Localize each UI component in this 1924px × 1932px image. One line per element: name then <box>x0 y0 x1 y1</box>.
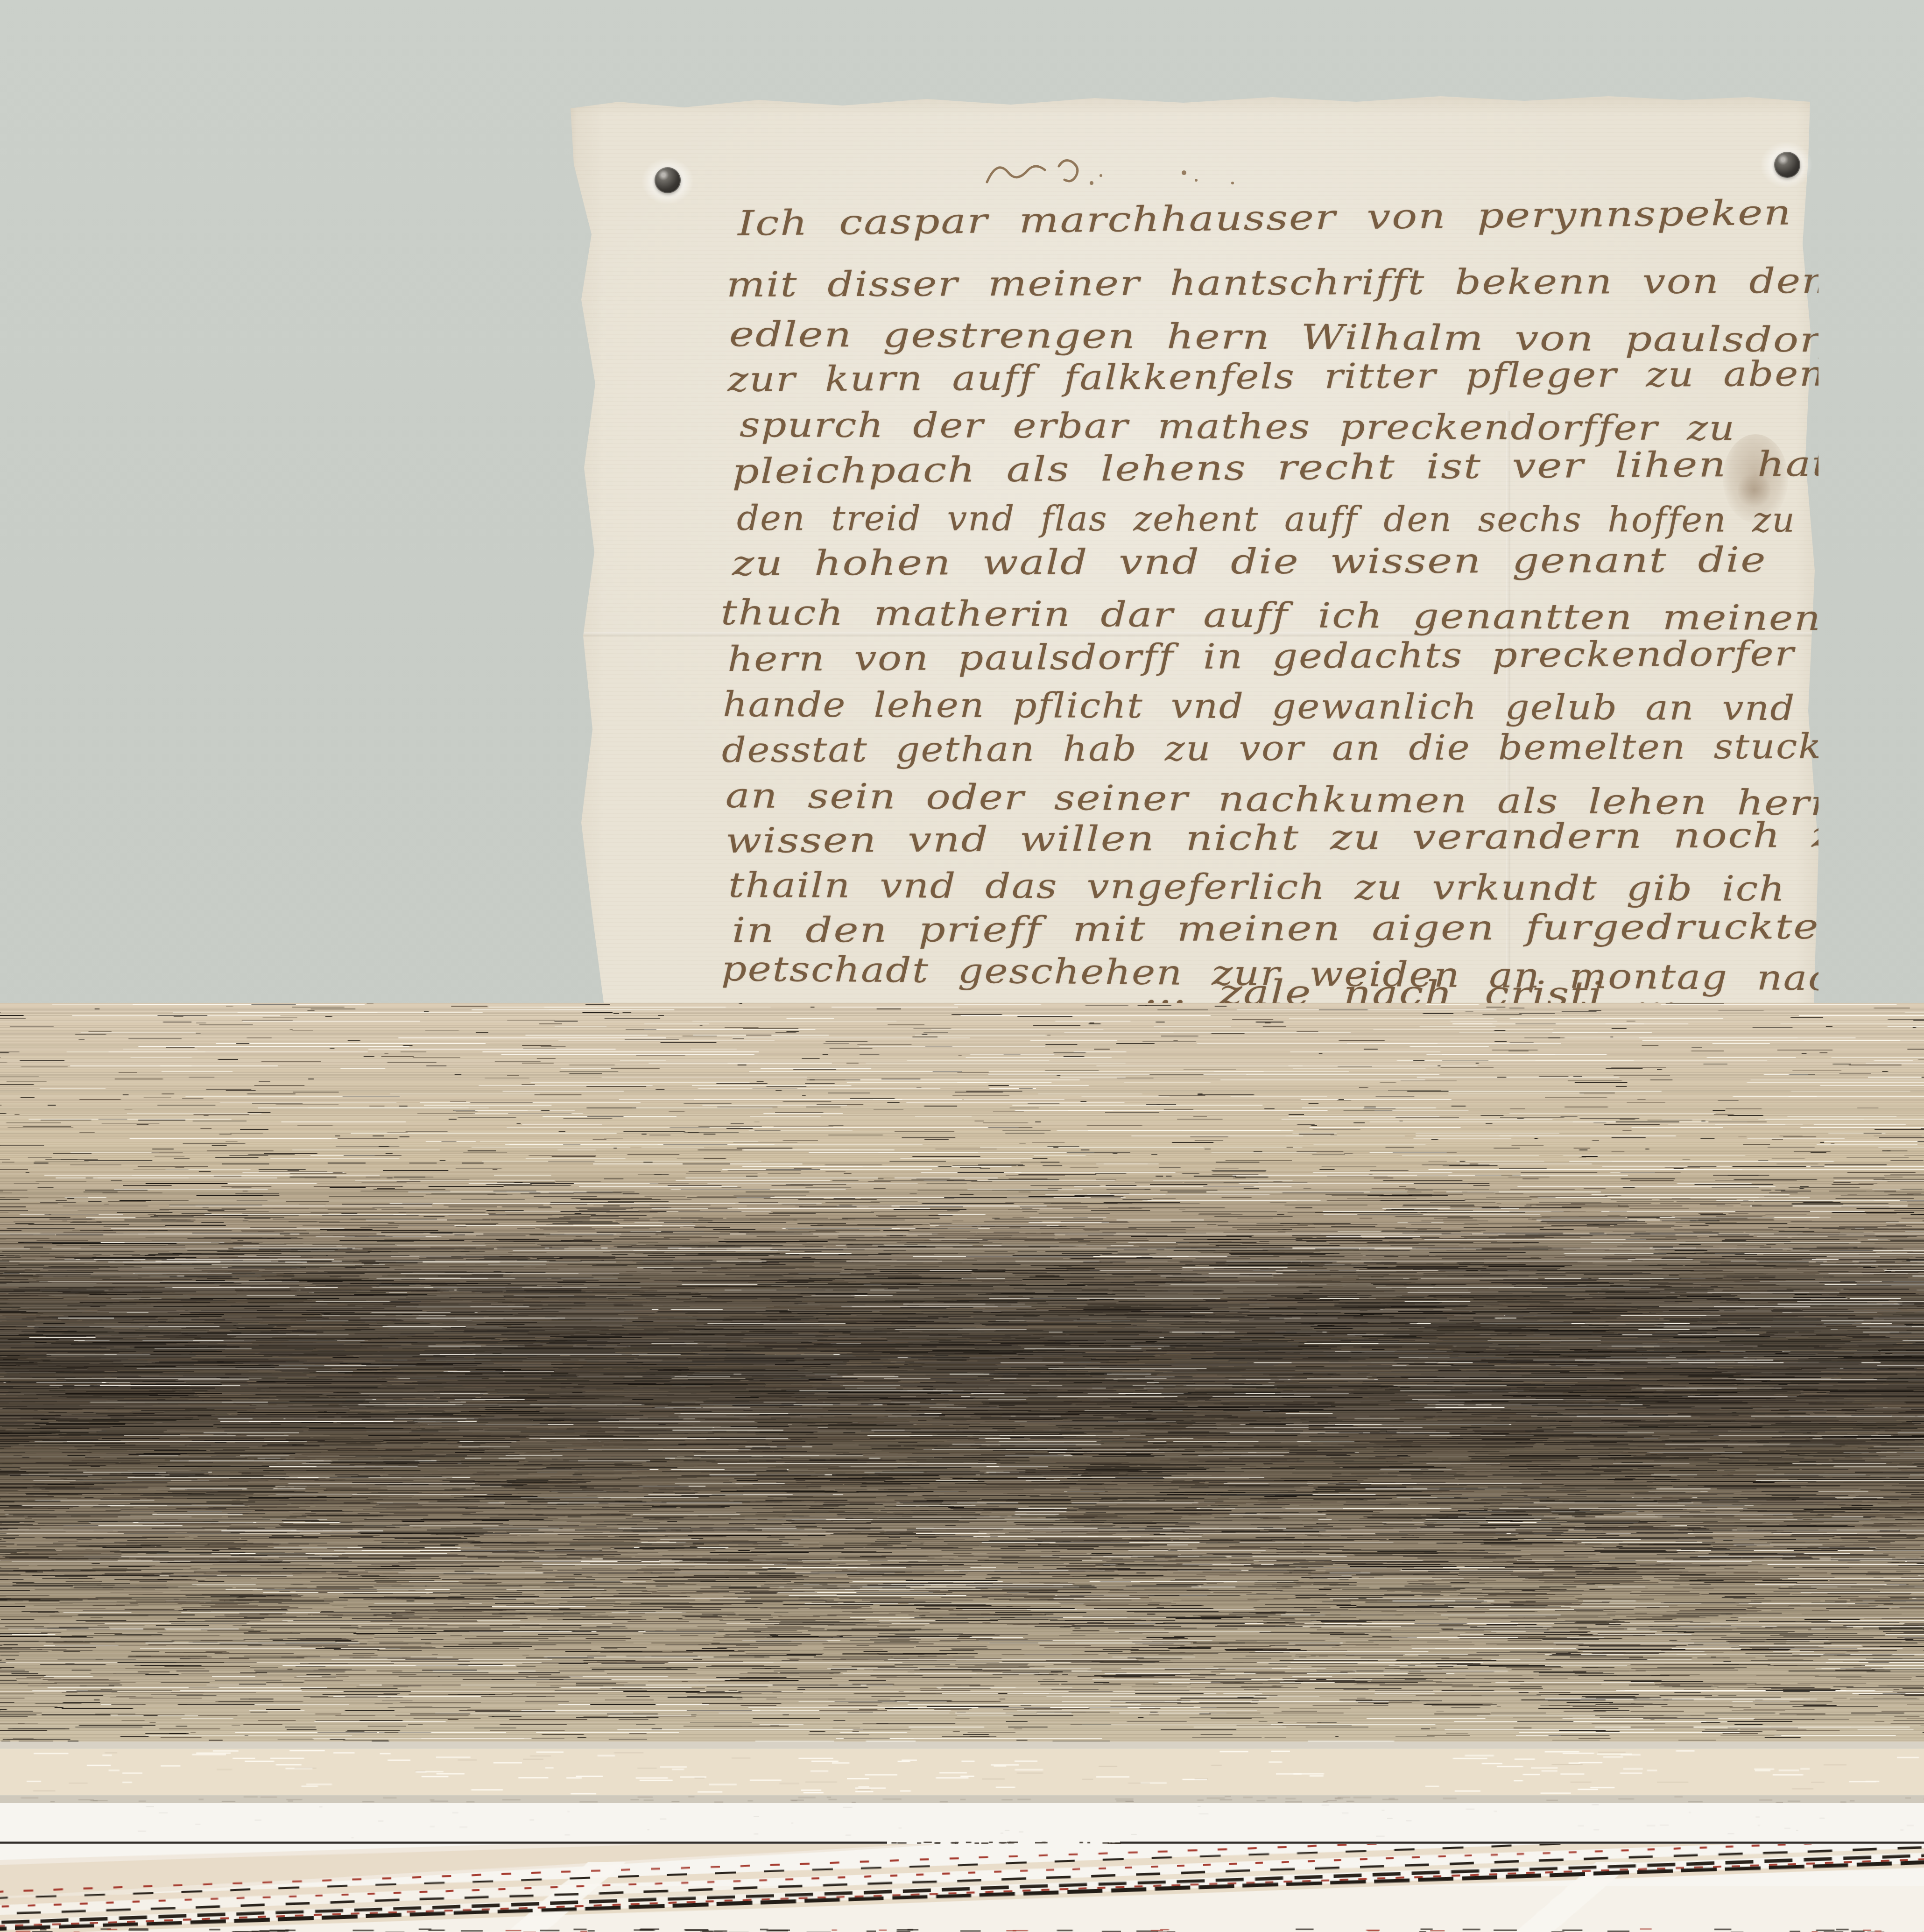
manuscript-line: desstat gethan hab zu vor an die bemelte… <box>722 726 1818 770</box>
manuscript-line: hande lehen pflicht vnd gewanlich gelub … <box>723 684 1796 728</box>
manuscript-line: in den prieff mit meinen aigen furgedruc… <box>732 907 1818 951</box>
manuscript-line: thailn vnd das vngeferlich zu vrkundt gi… <box>728 865 1786 909</box>
manuscript-text: Ich caspar marchhausser von perynnspeken… <box>0 0 1818 1003</box>
manuscript-line: … zale nach cristi … <box>1144 972 1679 1003</box>
scanned-manuscript-photo: Ich caspar marchhausser von perynnspeken… <box>0 0 1924 1932</box>
push-pin-icon-right <box>1774 152 1800 178</box>
manuscript-line: spurch der erbar mathes preckendorffer z… <box>740 405 1736 448</box>
manuscript-line: Ich caspar marchhausser von perynnspeken… <box>738 191 1818 244</box>
manuscript-line: den treid vnd flas zehent auff den sechs… <box>737 498 1796 540</box>
ink-scribble <box>980 146 1251 206</box>
manuscript-line: mit disser meiner hantschrifft bekenn vo… <box>726 261 1818 305</box>
manuscript-line: pleichpach als lehens recht ist ver lihe… <box>732 444 1818 492</box>
manuscript-line: zur kurn auff falkkenfels ritter pfleger… <box>727 354 1818 400</box>
manuscript-line: hern von paulsdorff in gedachts preckend… <box>727 634 1795 679</box>
manuscript-line: edlen gestrengen hern Wilhalm von paulsd… <box>729 314 1818 360</box>
push-pin-icon-left <box>655 167 681 193</box>
manuscript-line: zu hohen wald vnd die wissen genant die <box>732 540 1767 584</box>
manuscript-line: wissen vnd willen nicht zu verandern noc… <box>726 815 1818 861</box>
manuscript-line: thuch matherin dar auff ich genantten me… <box>721 592 1818 638</box>
scan-corruption-band <box>0 1003 1924 1932</box>
